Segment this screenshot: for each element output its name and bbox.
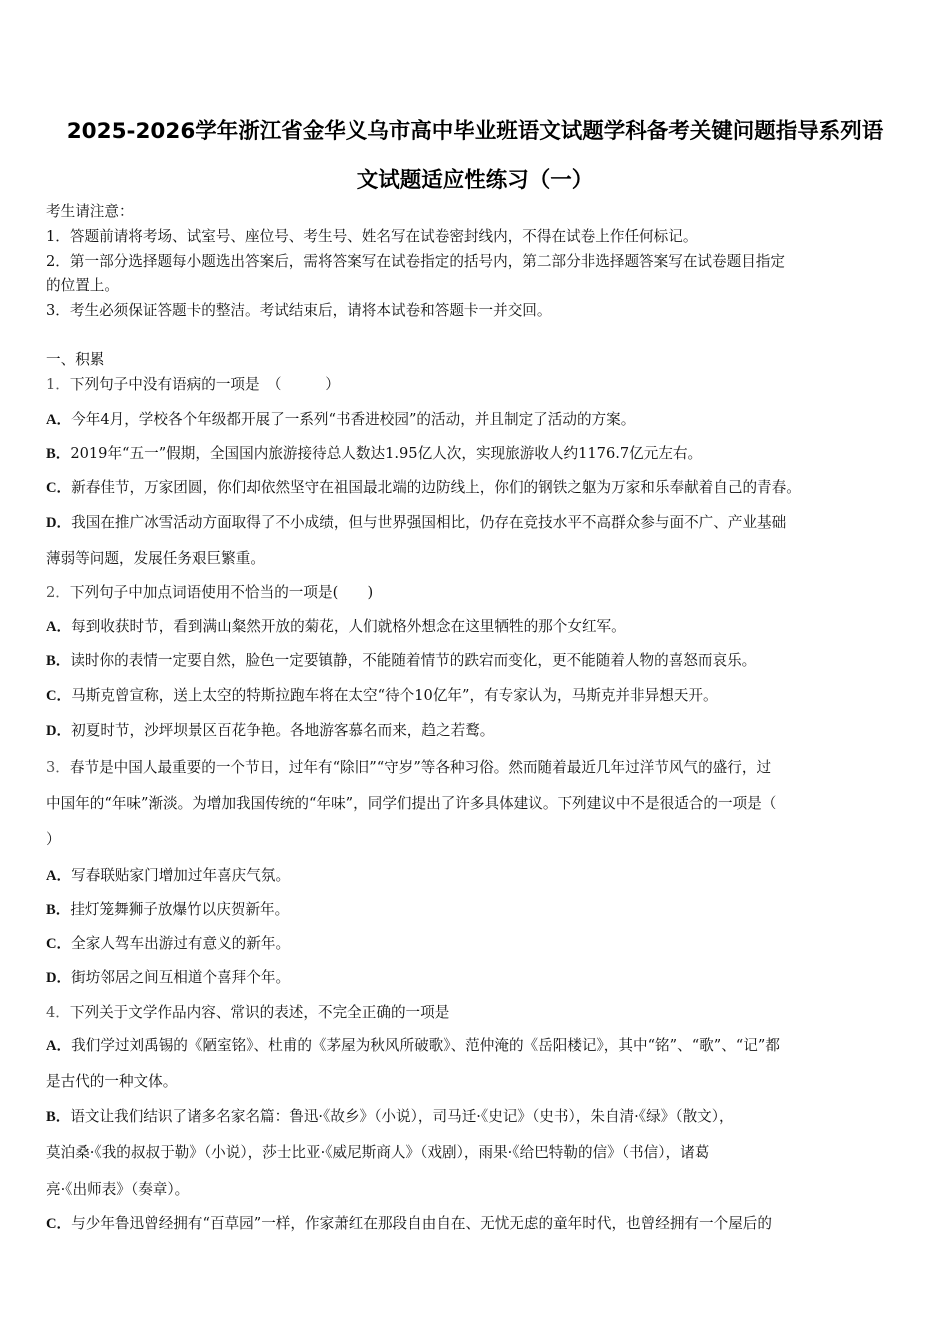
option-text: 我们学过刘禹锡的《陋室铭》、杜甫的《茅屋为秋风所破歌》、范仲淹的《岳阳楼记》，其… [71,1037,780,1054]
option-b: B．语文让我们结识了诸多名家名篇：鲁迅·《故乡》（小说），司马迁·《史记》（史书… [46,1107,734,1127]
option-text: 每到收获时节，看到满山 [71,618,232,635]
question-stem: 3．春节是中国人最重要的一个节日，过年有“除旧”“守岁”等各种习俗。然而随着最近… [46,758,771,778]
option-text: 。 [480,722,495,739]
question-text: 下列句子中加点词语使用不恰当的一项是( ) [70,584,373,601]
option-label: C． [46,480,71,496]
option-text: 全家人驾车出游过有意义的新年。 [71,935,290,952]
option-d: D．初夏时节，沙坪坝景区百花争艳。各地游客慕名而来，趋之若鹜。 [46,721,494,741]
question-text: 春节是中国人最重要的一个节日，过年有“除旧”“守岁”等各种习俗。然而随着最近几年… [70,759,771,776]
question-stem: 1．下列句子中没有语病的一项是 （ ） [46,375,340,395]
option-label: A． [46,619,71,635]
option-label: D． [46,970,71,986]
option-label: A． [46,868,71,884]
notice-item-1: 1．答题前请将考场、试室号、座位号、考生号、姓名写在试卷密封线内，不得在试卷上作… [46,227,697,247]
option-a: A．写春联贴家门增加过年喜庆气氛。 [46,866,290,886]
option-c: C．与少年鲁迅曾经拥有“百草园”一样，作家萧红在那段自由自在、无忧无虑的童年时代… [46,1214,772,1234]
question-number: 3． [46,759,70,776]
option-b: B．读时你的表情一定要自然，脸色一定要镇静，不能随着情节的跌宕而变化，更不能随着… [46,651,756,671]
option-text: 语文让我们结识了诸多名家名篇：鲁迅·《故乡》（小说），司马迁·《史记》（史书），… [70,1108,733,1125]
option-a: A．每到收获时节，看到满山粲然开放的菊花，人们就格外想念在这里牺牲的那个女红军。 [46,617,626,637]
option-label: C． [46,688,71,704]
option-d: D．街坊邻居之间互相道个喜拜个年。 [46,968,290,988]
highlighted-word: 跌宕 [464,652,493,669]
question-text: 下列关于文学作品内容、常识的表述，不完全正确的一项是 [70,1004,449,1021]
option-a-cont: 是古代的一种文体。 [46,1072,177,1092]
option-label: C． [46,936,71,952]
question-number: 2． [46,584,70,601]
option-text: 读时你的表情一定要自然，脸色一定要镇静，不能随着情节的 [70,652,464,669]
option-b: B．挂灯笼舞狮子放爆竹以庆贺新年。 [46,900,289,920]
option-text: 开放的菊花，人们就格外想念在这里牺牲的那个女红军。 [261,618,626,635]
option-b-cont: 莫泊桑·《我的叔叔于勒》（小说），莎士比亚·《威尼斯商人》（戏剧），雨果·《给巴… [46,1143,709,1163]
question-stem: 2．下列句子中加点词语使用不恰当的一项是( ) [46,583,373,603]
question-stem: 4．下列关于文学作品内容、常识的表述，不完全正确的一项是 [46,1003,449,1023]
option-label: A． [46,1038,71,1054]
option-label: B． [46,653,70,669]
option-text: 写春联贴家门增加过年喜庆气氛。 [71,867,290,884]
question-stem-cont: 中国年的“年味”渐淡。为增加我国传统的“年味”，同学们提出了许多具体建议。下列建… [46,794,776,814]
option-c: C．马斯克曾宣称，送上太空的特斯拉跑车将在太空“待个10亿年”，有专家认为，马斯… [46,686,718,706]
question-number: 4． [46,1004,70,1021]
notice-heading: 考生请注意： [46,202,134,222]
option-text: 。 [703,687,718,704]
option-text: 与少年鲁迅曾经拥有“百草园”一样，作家萧红在那段自由自在、无忧无虑的童年时代，也… [71,1215,772,1232]
question-text: 下列句子中没有语病的一项是 （ ） [70,376,340,393]
option-text: 初夏时节，沙坪坝景区百花争艳。各地游客慕名而来， [71,722,421,739]
option-text: 我国在推广冰雪活动方面取得了不小成绩，但与世界强国相比，仍存在竞技水平不高群众参… [71,514,786,531]
document-title-line-1: 2025-2026学年浙江省金华义乌市高中毕业班语文试题学科备考关键问题指导系列… [0,114,950,145]
option-a: A．我们学过刘禹锡的《陋室铭》、杜甫的《茅屋为秋风所破歌》、范仲淹的《岳阳楼记》… [46,1036,780,1056]
option-d: D．我国在推广冰雪活动方面取得了不小成绩，但与世界强国相比，仍存在竞技水平不高群… [46,513,786,533]
section-heading: 一、积累 [46,350,104,370]
option-label: A． [46,412,71,428]
option-text: 而变化，更不能随着人物的喜怒而哀乐。 [494,652,757,669]
option-text: 新春佳节，万家团圆，你们却依然坚守在祖国最北端的边防线上，你们的钢铁之躯为万家和… [71,479,801,496]
notice-item-3: 3．考生必须保证答题卡的整洁。考试结束后，请将本试卷和答题卡一并交回。 [46,301,551,321]
option-a: A．今年4月，学校各个年级都开展了一系列“书香进校园”的活动，并且制定了活动的方… [46,410,635,430]
option-label: D． [46,723,71,739]
notice-item-2: 2．第一部分选择题每小题选出答案后，需将答案写在试卷指定的括号内，第二部分非选择… [46,252,785,272]
highlighted-word: 趋之若鹜 [421,722,479,739]
option-text: 马斯克曾宣称，送上太空的特斯拉跑车将在太空“待个10亿年”，有专家认为，马斯克并… [71,687,644,704]
option-text: 挂灯笼舞狮子放爆竹以庆贺新年。 [70,901,289,918]
option-b: B．2019年“五一”假期，全国国内旅游接待总人数达1.95亿人次，实现旅游收人… [46,444,702,464]
option-d-cont: 薄弱等问题，发展任务艰巨繁重。 [46,549,265,569]
option-label: B． [46,446,70,462]
option-c: C．新春佳节，万家团圆，你们却依然坚守在祖国最北端的边防线上，你们的钢铁之躯为万… [46,478,801,498]
option-label: B． [46,902,70,918]
notice-item-2-cont: 的位置上。 [46,276,119,296]
option-b-cont: 亮·《出师表》（奏章）。 [46,1180,189,1200]
option-text: 今年4月，学校各个年级都开展了一系列“书香进校园”的活动，并且制定了活动的方案。 [71,411,635,428]
question-number: 1． [46,376,70,393]
option-label: B． [46,1109,70,1125]
question-stem-cont: ） [46,830,61,850]
exam-page: 2025-2026学年浙江省金华义乌市高中毕业班语文试题学科备考关键问题指导系列… [0,0,950,1344]
highlighted-word: 粲然 [232,618,261,635]
highlighted-word: 异想天开 [645,687,703,704]
document-title-line-2: 文试题适应性练习（一） [0,163,950,194]
option-label: C． [46,1216,71,1232]
option-label: D． [46,515,71,531]
option-text: 街坊邻居之间互相道个喜拜个年。 [71,969,290,986]
option-text: 2019年“五一”假期，全国国内旅游接待总人数达1.95亿人次，实现旅游收人约1… [70,445,702,462]
option-c: C．全家人驾车出游过有意义的新年。 [46,934,290,954]
